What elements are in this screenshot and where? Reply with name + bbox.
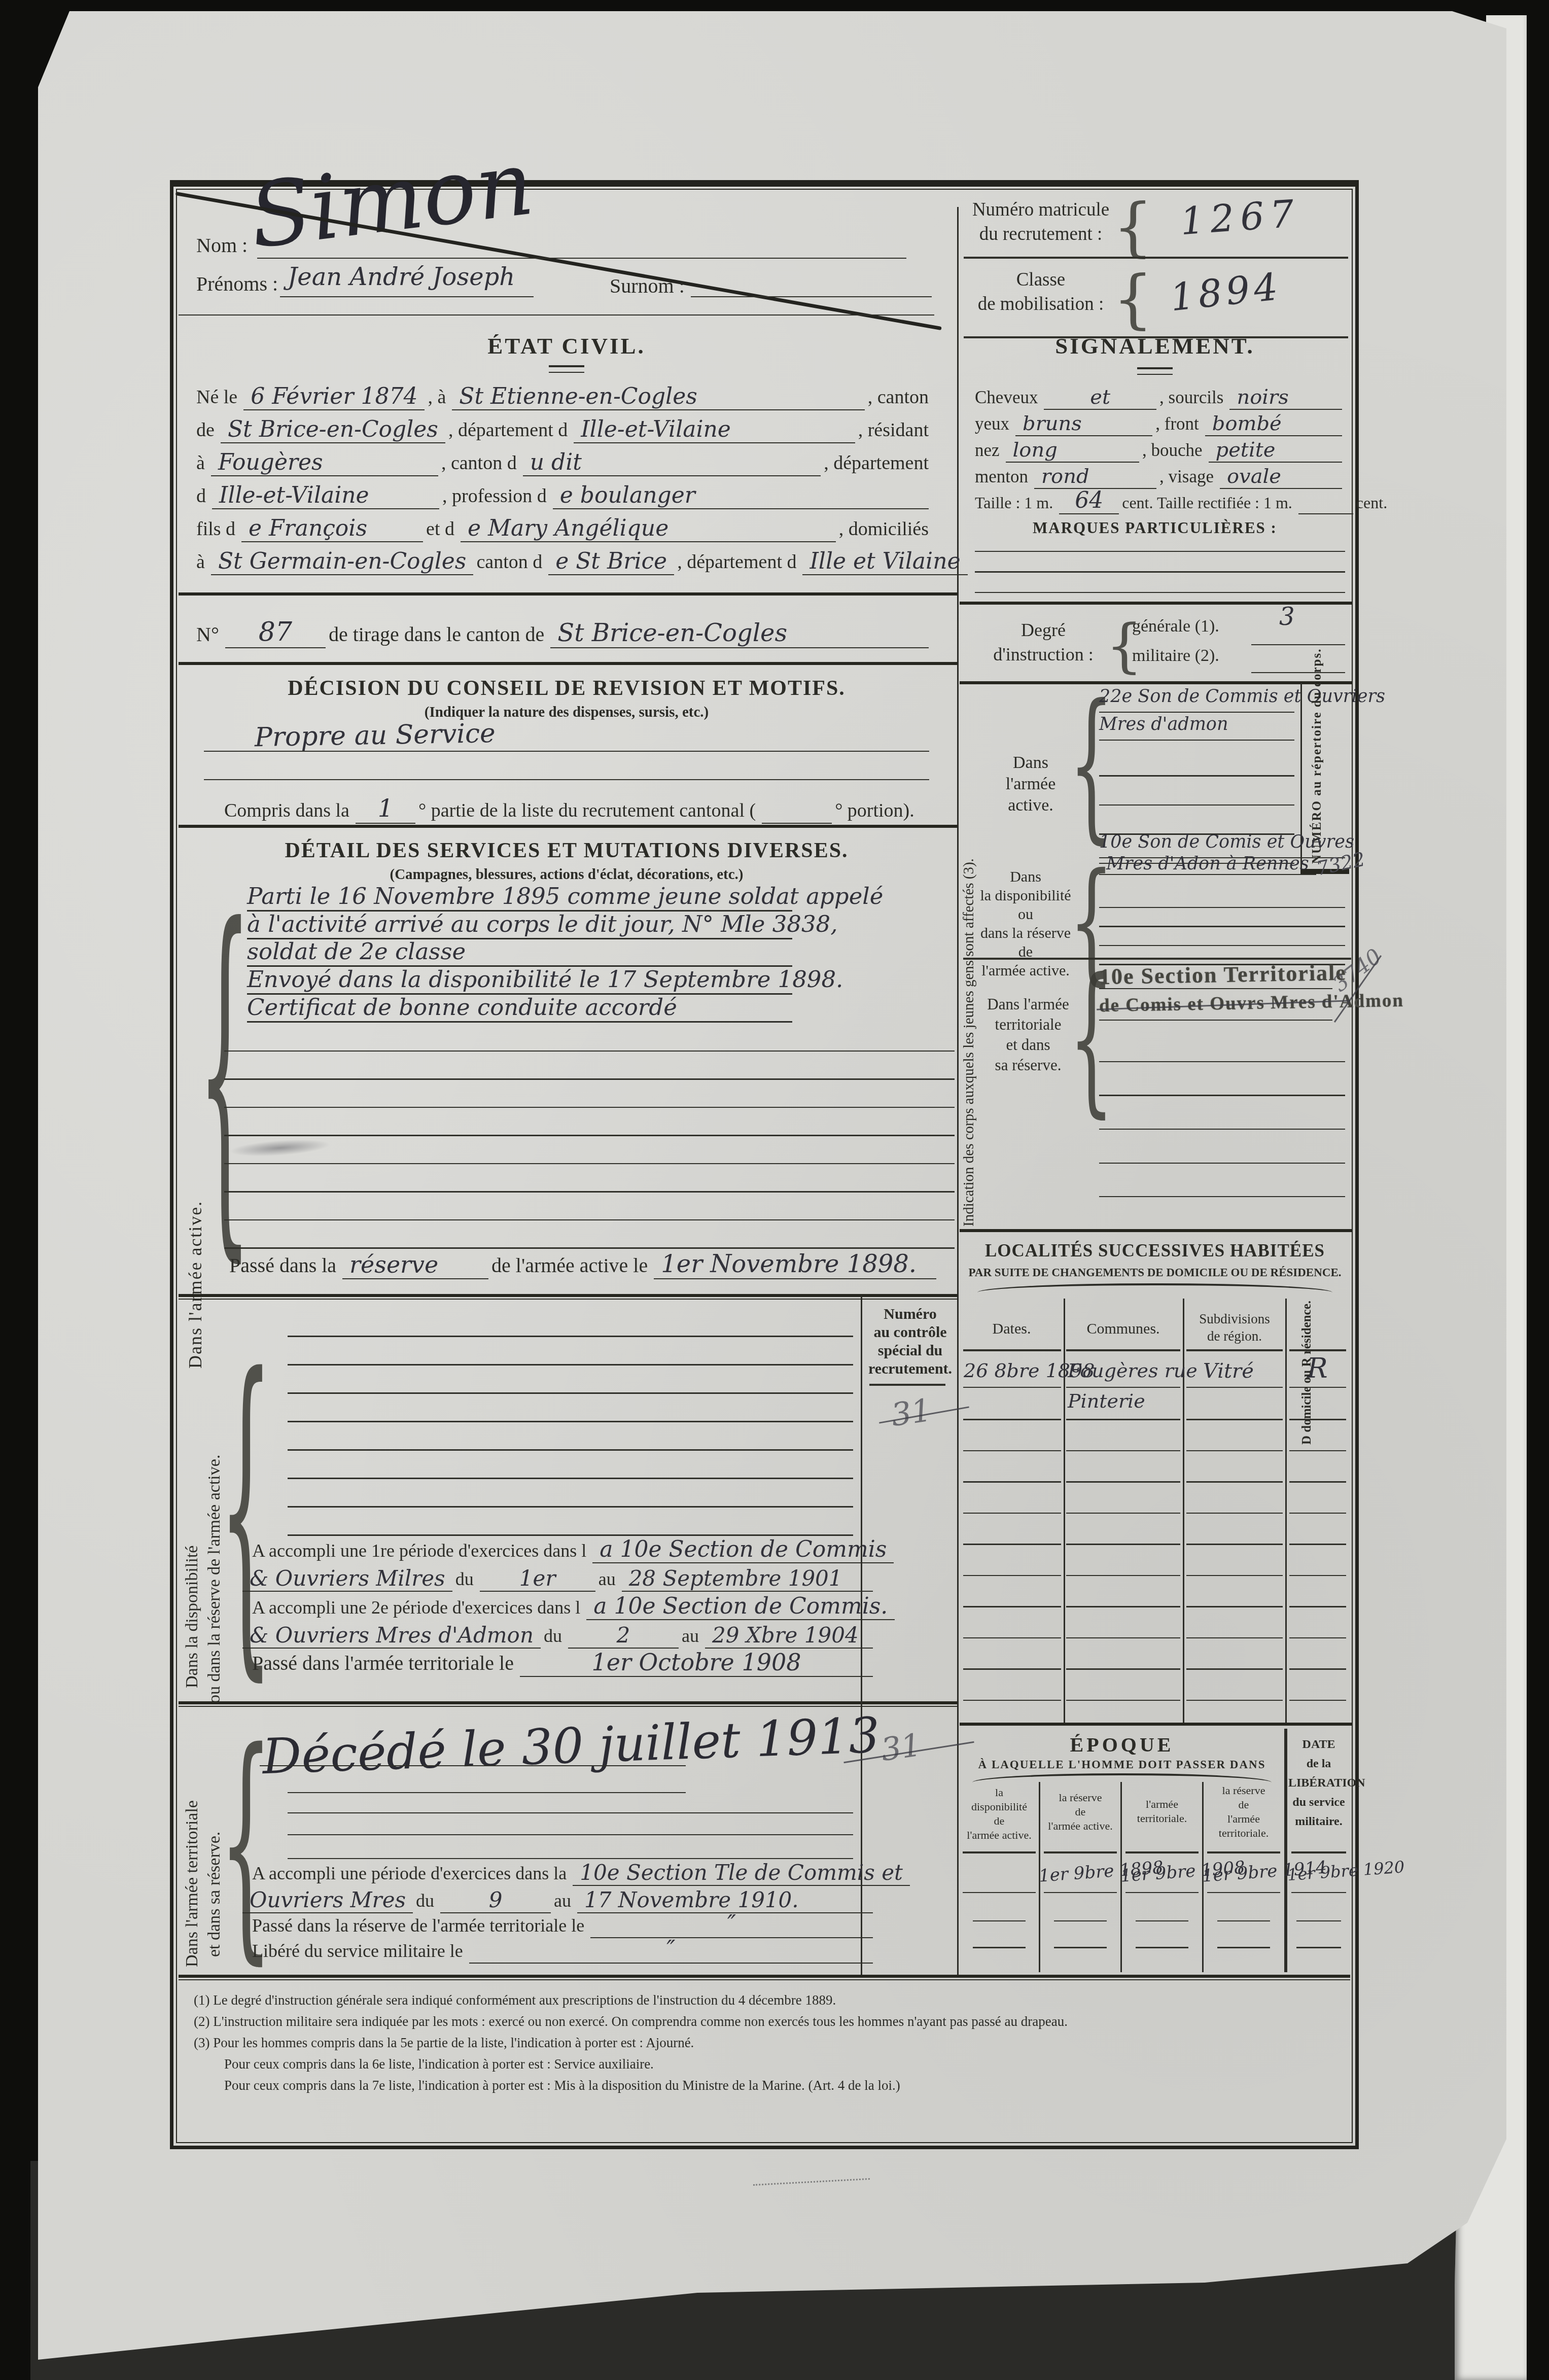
decision-subtitle: (Indiquer la nature des dispenses, sursi…	[212, 704, 922, 721]
localites-divider-3	[1285, 1299, 1287, 1723]
localites-row-subdiv: Vitré	[1203, 1359, 1254, 1383]
footnote-4: Pour ceux compris dans la 6e liste, l'in…	[224, 2056, 1345, 2072]
epoque-head-rule-3	[1125, 1851, 1199, 1853]
epoque-title: ÉPOQUE	[965, 1733, 1279, 1757]
corps-dispo-bottom-rule	[963, 958, 1351, 960]
territorial-stamp-line-1: 10e Section Territoriale	[1099, 960, 1347, 990]
dispo-side-label-1: Dans la disponibilité	[183, 1343, 202, 1688]
compris-line: Compris dans la 1 ° partie de la liste d…	[224, 795, 909, 824]
identity-bottom-rule	[179, 314, 934, 316]
matricule-rule	[964, 257, 1348, 259]
localites-col-dates: Dates.	[962, 1320, 1061, 1338]
section-rule	[179, 592, 957, 596]
matricule-form: Simon Nom : Prénoms : Jean André Joseph …	[170, 180, 1359, 2149]
corps-dispo-blank-rules	[1099, 889, 1345, 965]
deces-note: Décédé le 30 juillet 1913	[261, 1707, 881, 1785]
passe-reserve-terr-line: Passé dans la réserve de l'armée territo…	[252, 1914, 876, 1938]
epoque-head-rule-4	[1207, 1851, 1280, 1853]
controle-number-1: 31	[889, 1391, 933, 1433]
epoque-value-rule-3	[1125, 1892, 1199, 1893]
birth-line-2: de St Brice-en-Cogles , département d Il…	[196, 415, 932, 443]
localites-row-commune-1: Fougères rue	[1068, 1359, 1198, 1382]
liste-partie-number: 1	[356, 794, 415, 824]
departement-of-birth: Ille-et-Vilaine	[574, 416, 855, 443]
service-entry-4: Envoyé dans la disponibilité le 17 Septe…	[247, 966, 792, 995]
decision-rule-2	[204, 779, 929, 780]
taille-line: Taille : 1 m. 64 cent. Taille rectifiée …	[975, 490, 1345, 514]
residence-line-1: à Fougères , canton d u dit , départemen…	[196, 448, 932, 476]
parents-departement: Ille et Vilaine	[802, 548, 967, 575]
corps-dispo-number: 7322	[1314, 848, 1367, 880]
surnom-rule	[691, 296, 932, 297]
periode1-to: 28 Septembre 1901	[622, 1566, 873, 1592]
matricule-brace: {	[1113, 191, 1153, 264]
localites-row-rule-a	[963, 1387, 1061, 1388]
degre-generale-rule	[1251, 644, 1345, 645]
epoque-col2-header: la réserve de l'armée active.	[1042, 1791, 1119, 1833]
localites-flourish	[977, 1283, 1332, 1292]
armee-active-label: Dans l'armée active.	[985, 752, 1076, 816]
matricule-value: 1267	[1179, 192, 1301, 243]
terr-periode-from: 9	[440, 1887, 551, 1913]
localites-empty-d	[1289, 1389, 1346, 1703]
localites-head-rule-d	[1289, 1349, 1346, 1351]
epoque-head-rule-2	[1044, 1851, 1117, 1853]
bouche-value: petite	[1209, 438, 1342, 463]
epoque-value-rule-1	[963, 1892, 1036, 1893]
prenoms-label: Prénoms :	[196, 272, 278, 296]
periode2-unit: a 10e Section de Commis.	[586, 1593, 895, 1620]
services-subtitle: (Campagnes, blessures, actions d'éclat, …	[212, 866, 922, 883]
epoque-empty-1	[973, 1895, 1026, 1951]
portion-blank	[762, 823, 832, 824]
localites-col-communes: Communes.	[1066, 1320, 1180, 1338]
corps-active-line-1: 22e Son de Commis et Ouvriers	[1099, 686, 1294, 713]
decision-rule-1	[204, 751, 929, 752]
classe-brace: {	[1113, 263, 1153, 336]
terr-periode-line: A accompli une période d'exercices dans …	[252, 1860, 876, 1886]
blank-service-rules	[224, 1024, 955, 1252]
localites-col-subdiv: Subdivisions de région.	[1186, 1310, 1283, 1345]
localites-row-rule-d	[1289, 1387, 1346, 1388]
signalement-title: SIGNALEMENT.	[995, 333, 1315, 359]
prenoms-value: Jean André Joseph	[288, 263, 515, 291]
birth-date: 6 Février 1874	[243, 383, 425, 410]
scanned-military-record: Simon Nom : Prénoms : Jean André Joseph …	[0, 0, 1549, 2380]
localites-subtitle: PAR SUITE DE CHANGEMENTS DE DOMICILE OU …	[965, 1266, 1345, 1279]
marques-blank-rules	[975, 532, 1345, 593]
taille-value: 64	[1059, 487, 1119, 514]
footnote-2: (2) L'instruction militaire sera indiqué…	[194, 2014, 1345, 2029]
services-title: DÉTAIL DES SERVICES ET MUTATIONS DIVERSE…	[212, 838, 922, 863]
tirage-line: N° 87 de tirage dans le canton de St Bri…	[196, 618, 932, 648]
tirage-canton: St Brice-en-Cogles	[550, 619, 929, 648]
corps-dispo-line-2-text: Mres d'Adon à Rennes	[1099, 854, 1316, 875]
right-section-rule	[960, 681, 1353, 684]
epoque-empty-2	[1054, 1895, 1107, 1951]
yeux-line: yeux bruns , front bombé	[975, 411, 1345, 436]
etat-civil-title: ÉTAT CIVIL.	[402, 333, 731, 359]
decision-value: Propre au Service	[255, 718, 496, 753]
nez-line: nez long , bouche petite	[975, 437, 1345, 463]
signalement-flourish	[1137, 367, 1173, 375]
epoque-head-rule-1	[963, 1851, 1036, 1853]
domicile-line: à St Germain-en-Cogles canton d e St Bri…	[196, 547, 932, 575]
terr-blank-rule-1	[288, 1812, 853, 1813]
birth-line-1: Né le 6 Février 1874 , à St Etienne-en-C…	[196, 382, 932, 410]
classe-label: Classe de mobilisation :	[970, 268, 1112, 317]
profession: e boulanger	[553, 482, 929, 509]
passe-territoriale-date: 1er Octobre 1908	[520, 1649, 873, 1677]
menton-line: menton rond , visage ovale	[975, 464, 1345, 489]
epoque-col4-header: la réserve de l'armée territoriale.	[1205, 1783, 1282, 1840]
localites-row-dr: R	[1307, 1352, 1328, 1384]
epoque-subtitle: À LAQUELLE L'HOMME DOIT PASSER DANS	[965, 1758, 1279, 1771]
parents-commune: St Germain-en-Cogles	[211, 548, 474, 575]
periode1-unit: a 10e Section de Commis	[592, 1536, 894, 1563]
passe-reserve-date: 1er Novembre 1898.	[654, 1250, 936, 1279]
periode1-from: 1er	[480, 1566, 595, 1592]
footnote-5: Pour ceux compris dans la 7e liste, l'in…	[224, 2078, 1345, 2093]
localites-head-rule-a	[963, 1349, 1061, 1351]
terr-periode-unit: 10e Section Tle de Commis et	[573, 1860, 910, 1886]
matricule-label: Numéro matricule du recrutement :	[970, 198, 1112, 247]
service-entry-3: soldat de 2e classe	[247, 938, 792, 967]
epoque-col1-header: la disponibilité de l'armée active.	[961, 1786, 1038, 1842]
mother-name: e Mary Angélique	[461, 515, 836, 542]
terr-periode-unit-2: Ouvriers Mres	[242, 1887, 413, 1913]
footnote-top-rule-inner	[179, 1979, 1350, 1980]
localites-top-rule	[960, 1229, 1353, 1232]
corps-dispo-line-2: Mres d'Adon à Rennes 7322	[1099, 849, 1345, 875]
epoque-value-rule-5	[1291, 1892, 1346, 1893]
sourcils-value: noirs	[1229, 386, 1342, 410]
nom-rule	[257, 258, 906, 259]
cheveux-value: et	[1044, 386, 1156, 410]
yeux-value: bruns	[1015, 412, 1152, 436]
degre-militaire-rule	[1251, 672, 1345, 673]
stamp-rule-2	[1099, 1020, 1332, 1021]
prenoms-rule	[280, 296, 534, 297]
nez-value: long	[1006, 438, 1139, 463]
epoque-value-rule-2	[1044, 1892, 1117, 1893]
localites-head-rule-b	[1066, 1349, 1180, 1351]
pencil-scribble	[753, 2178, 870, 2186]
deces-rule-2	[288, 1792, 686, 1793]
residence-departement: Ille-et-Vilaine	[212, 482, 439, 509]
localites-empty-a	[963, 1389, 1061, 1703]
terr-side-label-1: Dans l'armée territoriale	[183, 1724, 202, 1967]
degre-generale-label: générale (1).	[1132, 617, 1219, 636]
epoque-value-reserve-active: 1er 9bre 1898	[1038, 1860, 1123, 1886]
section-rule	[179, 825, 957, 828]
controle-header: Numéro au contrôle spécial du recrutemen…	[866, 1305, 955, 1378]
residence-line-2: d Ille-et-Vilaine , profession d e boula…	[196, 481, 932, 509]
cheveux-line: Cheveux et , sourcils noirs	[975, 384, 1345, 410]
section-rule-inner	[179, 1299, 957, 1300]
epoque-empty-4	[1217, 1895, 1270, 1951]
epoque-flourish	[972, 1773, 1272, 1782]
footnote-1: (1) Le degré d'instruction générale sera…	[194, 1992, 1345, 2008]
nom-label: Nom :	[196, 233, 248, 257]
menton-value: rond	[1034, 465, 1156, 489]
epoque-empty-5	[1296, 1895, 1341, 1951]
footnote-top-rule	[179, 1975, 1350, 1978]
localites-empty-c	[1186, 1389, 1283, 1703]
passe-reserve-word: réserve	[342, 1251, 488, 1279]
canton-of-birth: St Brice-en-Cogles	[221, 416, 445, 443]
epoque-top-rule	[960, 1723, 1353, 1726]
libere-value: ″	[469, 1935, 873, 1964]
libere-line: Libéré du service militaire le ″	[252, 1939, 876, 1964]
epoque-col3-header: l'armée territoriale.	[1123, 1797, 1201, 1826]
front-value: bombé	[1205, 412, 1342, 436]
birth-place: St Etienne-en-Cogles	[452, 383, 864, 410]
section-rule	[179, 662, 957, 665]
parents-line: fils d e François et d e Mary Angélique …	[196, 514, 932, 542]
terr-blank-rule-2	[288, 1834, 853, 1835]
surnom-label: Surnom :	[610, 274, 685, 298]
section-rule	[179, 1294, 957, 1297]
footnote-3: (3) Pour les hommes compris dans la 5e p…	[194, 2035, 1345, 2051]
stamp-rule-1	[1099, 988, 1332, 989]
periode2-line: A accompli une 2e période d'exercices da…	[252, 1593, 876, 1620]
service-entry-5: Certificat de bonne conduite accordé	[247, 994, 792, 1023]
father-name: e François	[241, 515, 423, 542]
localites-empty-b	[1066, 1389, 1180, 1703]
section-rule-inner	[179, 1706, 957, 1707]
epoque-date-header: DATE de la LIBÉRATION du service militai…	[1288, 1735, 1349, 1831]
epoque-value-liberation: 1er 9bre 1920	[1287, 1861, 1351, 1885]
etat-civil-flourish	[549, 365, 584, 373]
residence-commune: Fougères	[211, 449, 438, 476]
periode2-from: 2	[568, 1623, 679, 1649]
epoque-value-rule-4	[1207, 1892, 1280, 1893]
visage-value: ovale	[1220, 465, 1342, 489]
localites-row-rule-b	[1066, 1387, 1180, 1388]
main-column-divider	[957, 207, 959, 1975]
localites-head-rule-c	[1186, 1349, 1283, 1351]
epoque-date-divider	[1284, 1729, 1287, 1972]
corps-active-line-2: Mres d'admon	[1099, 714, 1294, 741]
epoque-head-rule-5	[1291, 1851, 1346, 1853]
decision-title: DÉCISION DU CONSEIL DE REVISION ET MOTIF…	[212, 676, 922, 701]
localites-title: LOCALITÉS SUCCESSIVES HABITÉES	[965, 1241, 1345, 1261]
controle-header-rule	[869, 1384, 945, 1386]
section-rule	[179, 1701, 957, 1704]
terr-right-label: Dans l'armée territoriale et dans sa rés…	[975, 994, 1081, 1075]
classe-value: 1894	[1168, 265, 1284, 320]
service-entry-2: à l'activité arrivé au corps le dit jour…	[247, 911, 792, 939]
localites-row-rule-c	[1186, 1387, 1283, 1388]
residence-canton: u dit	[523, 449, 821, 476]
taille-rectifiee-blank	[1298, 513, 1353, 514]
degre-label: Degré d'instruction :	[980, 618, 1107, 667]
periode2-to: 29 Xbre 1904	[705, 1623, 873, 1649]
degre-generale-value: 3	[1279, 603, 1295, 631]
passe-reserve-terr-value: ″	[590, 1910, 873, 1938]
blank-dispo-rules	[288, 1309, 853, 1537]
terr-right-blank-rules	[1099, 1029, 1345, 1201]
tirage-number: 87	[225, 617, 326, 648]
epoque-empty-3	[1136, 1895, 1188, 1951]
controle-number-2: 31	[878, 1726, 923, 1768]
terr-blank-rule-3	[288, 1858, 853, 1859]
service-entry-1: Parti le 16 Novembre 1895 comme jeune so…	[247, 883, 792, 912]
parents-canton: e St Brice	[548, 548, 674, 575]
periode2-dates: & Ouvriers Mres d'Admon du 2 au 29 Xbre …	[239, 1621, 876, 1649]
paper-sheet: Simon Nom : Prénoms : Jean André Joseph …	[38, 11, 1506, 2365]
degre-militaire-label: militaire (2).	[1132, 646, 1219, 666]
periode1-dates: & Ouvriers Milres du 1er au 28 Septembre…	[239, 1564, 876, 1592]
ne-le-label: Né le	[196, 386, 240, 410]
periode1-unit-2: & Ouvriers Milres	[242, 1566, 452, 1592]
passe-reserve-line: Passé dans la réserve de l'armée active …	[229, 1251, 939, 1279]
periode2-unit-2: & Ouvriers Mres d'Admon	[242, 1623, 541, 1649]
deces-rule-1	[260, 1765, 686, 1766]
periode1-line: A accompli une 1re période d'exercices d…	[252, 1536, 876, 1563]
passe-territoriale-line: Passé dans l'armée territoriale le 1er O…	[252, 1650, 876, 1677]
